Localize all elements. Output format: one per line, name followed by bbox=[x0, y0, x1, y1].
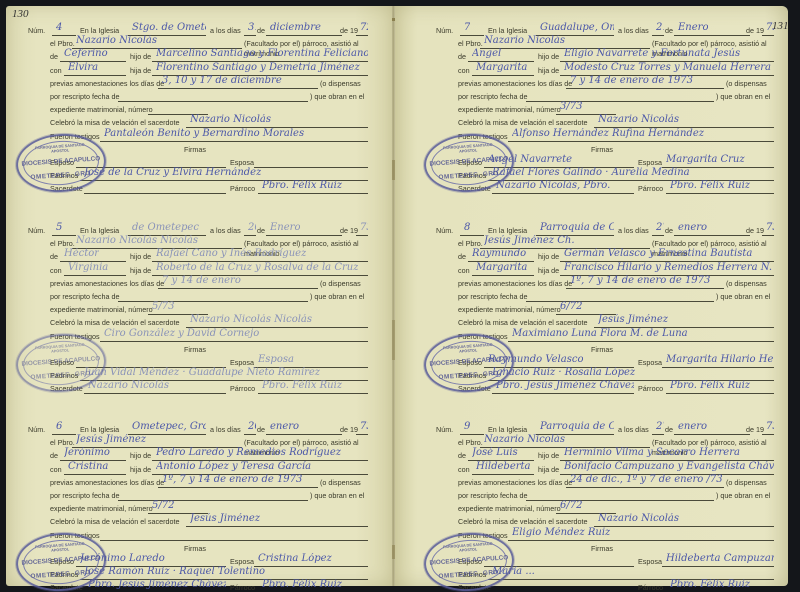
year: 72 bbox=[360, 22, 368, 33]
signatures-heading: Firmas bbox=[591, 345, 613, 355]
form-label: Celebró la misa de velación el sacerdote bbox=[50, 517, 179, 527]
file-number: 5/72 bbox=[152, 500, 174, 511]
priest-signature-line bbox=[492, 583, 634, 592]
banns-dates: 1º, 7 y 14 de enero de 1973 bbox=[162, 474, 302, 485]
form-label: Núm. bbox=[28, 26, 45, 36]
groom-name: Héctor bbox=[64, 248, 99, 259]
priest-signature-line bbox=[84, 184, 226, 194]
church-name: Parroquia de Ometepec bbox=[540, 222, 614, 233]
form-label: ) que obran en el bbox=[716, 92, 770, 102]
binding-stitch bbox=[392, 320, 395, 360]
month: Enero bbox=[270, 222, 300, 233]
form-label: Núm. bbox=[436, 226, 453, 236]
priest-signature: Pbro. Jesús Jiménez Chávez bbox=[496, 380, 634, 391]
bride-parents: Roberto de la Cruz y Rosalva de la Cruz bbox=[156, 262, 358, 273]
day: 21 bbox=[656, 22, 664, 33]
form-label: por rescripto fecha de bbox=[458, 292, 528, 302]
godparents-signature: José Ramón Ruiz · Raquel Tolentino bbox=[84, 566, 265, 577]
day: 20 bbox=[248, 421, 256, 432]
form-label: de bbox=[458, 52, 466, 62]
form-label: Párroco bbox=[230, 184, 255, 194]
form-label: hijo de bbox=[538, 52, 559, 62]
form-label: previas amonestaciones los días de bbox=[50, 478, 164, 488]
folio-number-left: 130 bbox=[12, 8, 29, 20]
groom-parents: Pedro Laredo y Remedios Rodríguez bbox=[156, 447, 341, 458]
month: enero bbox=[270, 421, 299, 432]
form-label: de bbox=[665, 425, 673, 435]
rescript-date-line bbox=[118, 92, 308, 102]
priest-name: Jesús Jiménez Ch. bbox=[484, 235, 575, 246]
groom-name: Raymundo bbox=[472, 248, 526, 259]
banns-dates: 24 de dic., 1º y 7 de enero /73 bbox=[570, 474, 723, 485]
form-label: a los días bbox=[210, 425, 241, 435]
form-label: por rescripto fecha de bbox=[50, 491, 120, 501]
signatures-heading: Firmas bbox=[184, 544, 206, 554]
form-label: Núm. bbox=[436, 26, 453, 36]
form-label: con bbox=[50, 266, 62, 276]
bride-signature-line bbox=[254, 158, 368, 168]
bride-parents: Modesto Cruz Torres y Manuela Herrera bbox=[564, 62, 771, 73]
officiant: Jesús Jiménez bbox=[598, 314, 668, 325]
godparents-signature: Juan Vidal Méndez · Guadalupe Nieto Ramí… bbox=[84, 367, 320, 378]
officiant: Nazario Nicolás bbox=[598, 513, 679, 524]
form-label: hijo de bbox=[130, 451, 151, 461]
month: Enero bbox=[678, 22, 708, 33]
day: 31 bbox=[248, 22, 256, 33]
form-label: por rescripto fecha de bbox=[458, 491, 528, 501]
form-label: previas amonestaciones los días de bbox=[458, 279, 572, 289]
form-label: por rescripto fecha de bbox=[458, 92, 528, 102]
form-label: de bbox=[257, 226, 265, 236]
form-label: expediente matrimonial, número bbox=[50, 504, 153, 514]
priest-signature: Nazario Nicolás bbox=[88, 380, 169, 391]
officiant: Nazario Nicolás Nicolás bbox=[190, 314, 312, 325]
bride-parents: Florentino Santiago y Demetria Jiménez bbox=[156, 62, 360, 73]
parish-priest-signature: Pbro. Félix Ruiz bbox=[262, 180, 342, 191]
form-label: de bbox=[458, 451, 466, 461]
rescript-date-line bbox=[526, 292, 714, 302]
parish-priest-signature: Pbro. Félix Ruiz bbox=[262, 380, 342, 391]
month: enero bbox=[678, 421, 707, 432]
parish-priest-signature: Pbro. Félix Ruiz bbox=[670, 380, 750, 391]
priest-signature: Nazario Nicolás, Pbro. bbox=[496, 180, 610, 191]
form-label: de bbox=[665, 226, 673, 236]
form-label: Párroco bbox=[638, 384, 663, 394]
church-name: Ometepec, Gro. bbox=[132, 421, 206, 432]
bride-signature: Esposa bbox=[258, 354, 294, 365]
binding-stitch bbox=[392, 160, 395, 180]
form-label: expediente matrimonial, número bbox=[458, 105, 561, 115]
entry-number: 9 bbox=[464, 421, 470, 432]
priest-name: Nazario Nicolás bbox=[484, 434, 565, 445]
form-label: Párroco bbox=[638, 184, 663, 194]
church-name: Guadalupe, Ometepec bbox=[540, 22, 614, 33]
banns-dates: 1º, 7 y 14 de enero de 1973 bbox=[570, 275, 710, 286]
groom-name: José Luis bbox=[472, 447, 518, 458]
year: 73 bbox=[766, 22, 774, 33]
file-number: 6/72 bbox=[560, 301, 582, 312]
form-label: ) que obran en el bbox=[716, 292, 770, 302]
bride-signature: Margarita Hilario Herrera bbox=[666, 354, 774, 365]
bride-signature: Margarita Cruz bbox=[666, 154, 745, 165]
form-label: expediente matrimonial, número bbox=[50, 105, 153, 115]
bride-parents: Bonifacio Campuzano y Evangelista Chávez bbox=[564, 461, 774, 472]
church-name: Stgo. de Ometepec bbox=[132, 22, 206, 33]
form-label: de bbox=[50, 252, 58, 262]
form-label: previas amonestaciones los días de bbox=[458, 478, 572, 488]
groom-parents: Germán Velasco y Ernestina Bautista bbox=[564, 248, 752, 259]
bride-parents: Francisco Hilario y Remedios Herrera N. bbox=[564, 262, 772, 273]
church-name: de Ometepec bbox=[132, 222, 199, 233]
priest-name: Nazario Nicolás bbox=[76, 35, 157, 46]
priest-name: Nazario Nicolás Nicolás bbox=[76, 235, 198, 246]
form-label: con bbox=[458, 465, 470, 475]
banns-dates: 3, 10 y 17 de diciembre bbox=[162, 75, 282, 86]
bride-parents: Antonio López y Teresa García bbox=[156, 461, 311, 472]
godparents-signature: José de la Cruz y Elvira Hernández bbox=[84, 167, 261, 178]
groom-name: Ceferino bbox=[64, 48, 108, 59]
entry-number: 8 bbox=[464, 222, 470, 233]
form-label: a los días bbox=[210, 26, 241, 36]
form-label: (o dispensas bbox=[726, 279, 767, 289]
form-label: con bbox=[458, 66, 470, 76]
day: 20 bbox=[248, 222, 256, 233]
form-label: a los días bbox=[618, 26, 649, 36]
form-label: expediente matrimonial, número bbox=[50, 305, 153, 315]
file-number: 6/72 bbox=[560, 500, 582, 511]
rescript-date-line bbox=[526, 491, 714, 501]
form-label: hija de bbox=[538, 66, 559, 76]
form-label: a los días bbox=[618, 226, 649, 236]
bride-signature: Cristina López bbox=[258, 553, 332, 564]
groom-parents: Eligio Navarrete y Fortunata Jesús bbox=[564, 48, 740, 59]
form-label: de bbox=[665, 26, 673, 36]
form-label: a los días bbox=[618, 425, 649, 435]
form-label: de bbox=[50, 451, 58, 461]
year: 73 bbox=[766, 222, 774, 233]
bride-name: Margarita bbox=[476, 262, 527, 273]
form-label: Núm. bbox=[436, 425, 453, 435]
parish-priest-signature: Pbro. Félix Ruiz bbox=[670, 180, 750, 191]
witnesses: Alfonso Hernández Rufina Hernández bbox=[512, 128, 704, 139]
officiant: Nazario Nicolás bbox=[190, 114, 271, 125]
year: 73 bbox=[766, 421, 774, 432]
form-label: a los días bbox=[210, 226, 241, 236]
priest-name: Nazario Nicolás bbox=[484, 35, 565, 46]
form-label: hijo de bbox=[538, 252, 559, 262]
groom-parents: Rafael Cano y Inés Rodríguez bbox=[156, 248, 306, 259]
year: 73 bbox=[360, 222, 368, 233]
priest-name: Jesús Jiménez bbox=[76, 434, 146, 445]
form-label: (o dispensas bbox=[320, 279, 361, 289]
form-label: ) que obran en el bbox=[310, 491, 364, 501]
form-label: hija de bbox=[538, 465, 559, 475]
folio-number-right: 131 bbox=[772, 20, 789, 32]
church-name: Parroquia de Ometepec bbox=[540, 421, 614, 432]
day: 27 bbox=[656, 421, 664, 432]
banns-dates: 7 y 14 de enero bbox=[162, 275, 241, 286]
form-label: Esposa bbox=[638, 358, 662, 368]
signatures-heading: Firmas bbox=[591, 145, 613, 155]
witnesses: Maximiano Luna Flora M. de Luna bbox=[512, 328, 688, 339]
signatures-heading: Firmas bbox=[184, 145, 206, 155]
bride-name: Virginia bbox=[68, 262, 108, 273]
entry-number: 4 bbox=[56, 22, 62, 33]
day: 27 bbox=[656, 222, 664, 233]
form-label: de bbox=[50, 52, 58, 62]
witnesses: Pantaleón Benito y Bernardino Morales bbox=[104, 128, 304, 139]
book-spine bbox=[392, 6, 395, 586]
form-label: (o dispensas bbox=[726, 478, 767, 488]
form-label: con bbox=[50, 465, 62, 475]
witnesses: Ciro González y David Cornejo bbox=[104, 328, 259, 339]
form-label: de bbox=[458, 252, 466, 262]
form-label: ) que obran en el bbox=[716, 491, 770, 501]
form-label: hija de bbox=[130, 66, 151, 76]
file-number: 5/73 bbox=[152, 301, 174, 312]
year: 73 bbox=[360, 421, 368, 432]
form-label: hija de bbox=[130, 465, 151, 475]
form-label: ) que obran en el bbox=[310, 292, 364, 302]
banns-dates: 7 y 14 de enero de 1973 bbox=[570, 75, 693, 86]
form-label: (o dispensas bbox=[320, 478, 361, 488]
form-label: de bbox=[257, 26, 265, 36]
form-label: por rescripto fecha de bbox=[50, 292, 120, 302]
form-label: previas amonestaciones los días de bbox=[458, 79, 572, 89]
bride-signature: Hildeberta Campuzano bbox=[666, 553, 774, 564]
signatures-heading: Firmas bbox=[184, 345, 206, 355]
form-label: hijo de bbox=[130, 52, 151, 62]
form-label: (o dispensas bbox=[320, 79, 361, 89]
form-label: por rescripto fecha de bbox=[50, 92, 120, 102]
groom-parents: Herminio Vilma y Socorro Herrera bbox=[564, 447, 740, 458]
groom-name: Jerónimo bbox=[64, 447, 110, 458]
godparents-signature: Ignacio Ruiz · Rosalía López bbox=[492, 367, 635, 378]
binding-stitch bbox=[392, 18, 395, 21]
officiant: Jesús Jiménez bbox=[190, 513, 260, 524]
form-label: expediente matrimonial, número bbox=[458, 305, 561, 315]
form-label: hijo de bbox=[130, 252, 151, 262]
form-label: previas amonestaciones los días de bbox=[50, 79, 164, 89]
month: diciembre bbox=[270, 22, 321, 33]
signatures-heading: Firmas bbox=[591, 544, 613, 554]
form-label: hija de bbox=[538, 266, 559, 276]
witnesses-line bbox=[100, 531, 368, 541]
form-label: (o dispensas bbox=[726, 79, 767, 89]
form-label: de bbox=[257, 425, 265, 435]
form-label: Párroco bbox=[230, 583, 255, 592]
entry-number: 7 bbox=[464, 22, 470, 33]
month: enero bbox=[678, 222, 707, 233]
groom-name: Ángel bbox=[472, 48, 501, 59]
form-label: ) que obran en el bbox=[310, 92, 364, 102]
form-label: Núm. bbox=[28, 226, 45, 236]
parish-priest-signature: Pbro. Félix Ruiz bbox=[670, 579, 750, 590]
form-label: Párroco bbox=[230, 384, 255, 394]
bride-name: Margarita bbox=[476, 62, 527, 73]
godparents-signature: Rafael Flores Galindo · Aurelia Medina bbox=[492, 167, 690, 178]
form-label: Núm. bbox=[28, 425, 45, 435]
file-number: 3/73 bbox=[560, 101, 582, 112]
groom-parents: Marcelino Santiago y Florentina Felician… bbox=[156, 48, 368, 59]
entry-number: 6 bbox=[56, 421, 62, 432]
rescript-date-line bbox=[118, 491, 308, 501]
bride-name: Hildeberta bbox=[476, 461, 531, 472]
form-label: con bbox=[458, 266, 470, 276]
bride-name: Cristina bbox=[68, 461, 108, 472]
priest-signature: Pbro. Jesús Jiménez Chávez bbox=[88, 579, 226, 590]
rescript-date-line bbox=[118, 292, 308, 302]
form-label: hija de bbox=[130, 266, 151, 276]
form-label: Párroco bbox=[638, 583, 663, 592]
form-label: previas amonestaciones los días de bbox=[50, 279, 164, 289]
form-label: con bbox=[50, 66, 62, 76]
bride-name: Elvira bbox=[68, 62, 98, 73]
officiant: Nazario Nicolás bbox=[598, 114, 679, 125]
binding-stitch bbox=[392, 545, 395, 559]
form-label: expediente matrimonial, número bbox=[458, 504, 561, 514]
form-label: Esposa bbox=[638, 557, 662, 567]
rescript-date-line bbox=[526, 92, 714, 102]
parish-priest-signature: Pbro. Félix Ruiz bbox=[262, 579, 342, 590]
form-label: hijo de bbox=[538, 451, 559, 461]
witnesses: Eligio Méndez Ruiz bbox=[512, 527, 610, 538]
entry-number: 5 bbox=[56, 222, 62, 233]
